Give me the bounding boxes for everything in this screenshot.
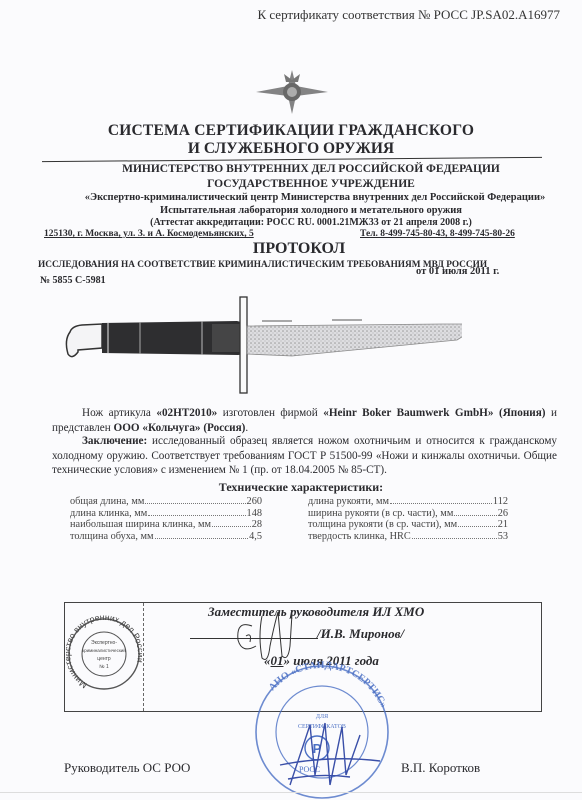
spec-label: длина клинка, мм	[70, 508, 147, 520]
spec-row: длина рукояти, мм112	[308, 496, 508, 508]
mvd-center-stamp: Министерство внутренних дел России Экспе…	[66, 604, 142, 704]
system-title-line1: СИСТЕМА СЕРТИФИКАЦИИ ГРАЖДАНСКОГО	[0, 122, 582, 140]
spec-row: ширина рукояти (в ср. части), мм26	[308, 508, 508, 520]
head-of-cert-body: Руководитель ОС РОО	[64, 760, 190, 776]
svg-text:центр: центр	[97, 656, 111, 662]
svg-text:АНО «СТАНДАРТСЕРТИС»: АНО «СТАНДАРТСЕРТИС»	[267, 660, 389, 710]
spec-value: 53	[498, 531, 508, 543]
page-edge	[0, 792, 582, 793]
ministry-name: МИНИСТЕРСТВО ВНУТРЕННИХ ДЕЛ РОССИЙСКОЙ Ф…	[20, 163, 582, 175]
spec-row: толщина рукояти (в ср. части), мм21	[308, 519, 508, 531]
dot-leader	[412, 538, 497, 539]
spec-label: длина рукояти, мм	[308, 496, 389, 508]
mvd-emblem-icon	[254, 68, 330, 116]
dot-leader	[458, 526, 497, 527]
spec-row: твердость клинка, HRC53	[308, 531, 508, 543]
laboratory-name: Испытательная лаборатория холодного и ме…	[20, 205, 582, 216]
dot-leader	[155, 538, 249, 539]
spec-row: длина клинка, мм148	[70, 508, 262, 520]
conclusion-label: Заключение:	[82, 435, 147, 447]
dealer: ООО «Кольчуга» (Россия)	[114, 422, 246, 434]
dot-leader	[145, 503, 245, 504]
spec-label: наибольшая ширина клинка, мм	[70, 519, 211, 531]
dot-leader	[454, 515, 496, 516]
dot-leader	[390, 503, 492, 504]
conclusion: Заключение: исследованный образец являет…	[52, 434, 557, 478]
svg-text:№ 1: № 1	[99, 664, 109, 670]
spec-label: ширина рукояти (в ср. части), мм	[308, 508, 453, 520]
phones: Тел. 8-499-745-80-43, 8-499-745-80-26	[360, 229, 515, 239]
spec-label: твердость клинка, HRC	[308, 531, 411, 543]
knife-image	[62, 294, 462, 394]
protocol-number: № 5855 С-5981	[40, 275, 106, 286]
dot-leader	[212, 526, 251, 527]
institution-type: ГОСУДАРСТВЕННОЕ УЧРЕЖДЕНИЕ	[20, 178, 582, 190]
signer-name: /И.В. Миронов/	[317, 626, 404, 642]
svg-text:криминалистический: криминалистический	[82, 647, 126, 653]
specs-left: общая длина, мм260длина клинка, мм148наи…	[70, 496, 262, 542]
spec-label: общая длина, мм	[70, 496, 144, 508]
spec-value: 28	[252, 519, 262, 531]
spec-value: 4,5	[249, 531, 262, 543]
spec-row: общая длина, мм260	[70, 496, 262, 508]
divider	[143, 603, 144, 711]
certificate-reference: К сертификату соответствия № РОСС JP.SA0…	[257, 7, 560, 23]
spec-value: 260	[247, 496, 262, 508]
head-name: В.П. Коротков	[401, 760, 480, 776]
spec-value: 26	[498, 508, 508, 520]
spec-value: 112	[493, 496, 508, 508]
article-number: «02НТ2010»	[156, 407, 217, 419]
address: 125130, г. Москва, ул. З. и А. Космодемь…	[44, 229, 254, 239]
product-description: Нож артикула «02НТ2010» изготовлен фирмо…	[52, 406, 557, 435]
spec-value: 21	[498, 519, 508, 531]
specs-title: Технические характеристики:	[0, 480, 582, 495]
svg-text:Экспертно-: Экспертно-	[91, 640, 117, 646]
center-name: «Экспертно-криминалистический центр Мини…	[24, 192, 582, 203]
protocol-date: от 01 июля 2011 г.	[416, 266, 499, 277]
spec-label: толщина обуха, мм	[70, 531, 154, 543]
spec-label: толщина рукояти (в ср. части), мм	[308, 519, 457, 531]
spec-row: наибольшая ширина клинка, мм28	[70, 519, 262, 531]
spec-value: 148	[247, 508, 262, 520]
specs-right: длина рукояти, мм112ширина рукояти (в ср…	[308, 496, 508, 542]
protocol-title: ПРОТОКОЛ	[8, 240, 582, 258]
system-title-line2: И СЛУЖЕБНОГО ОРУЖИЯ	[0, 140, 582, 158]
signature-korotkov	[270, 715, 390, 795]
signature-mironov	[222, 606, 302, 664]
accreditation: (Аттестат аккредитации: РОСС RU. 0001.21…	[20, 217, 582, 228]
dot-leader	[148, 515, 245, 516]
manufacturer: «Heinr Boker Baumwerk GmbH» (Япония)	[323, 407, 545, 419]
spec-row: толщина обуха, мм4,5	[70, 531, 262, 543]
